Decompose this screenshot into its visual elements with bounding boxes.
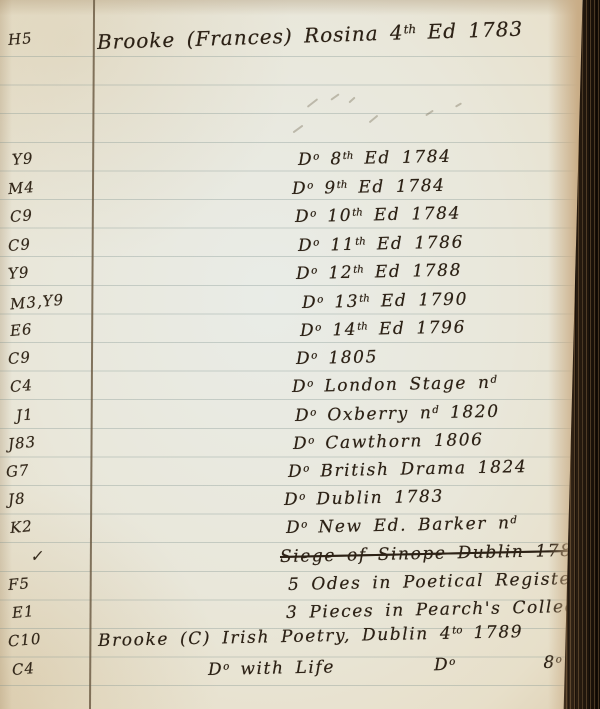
book-spread: H5Brooke (Frances) Rosina 4th Ed 1783Y9D… (0, 0, 600, 709)
catalogue-row: M3,Y9Do 13th Ed 1790 (0, 293, 600, 323)
ledger-page: H5Brooke (Frances) Rosina 4th Ed 1783Y9D… (0, 0, 600, 709)
shelf-mark: K2 (9, 517, 33, 537)
entry-text: Do 12th Ed 1788 (296, 261, 462, 284)
entry-text: Do 11th Ed 1786 (298, 233, 464, 256)
shelf-mark: H5 (7, 29, 33, 49)
shelf-mark: G7 (5, 461, 30, 481)
shelf-mark: J8 (7, 489, 26, 508)
entry-text: Do New Ed. Barker nd (286, 513, 517, 538)
entry-text: Brooke (Frances) Rosina 4th Ed 1783 (97, 17, 524, 54)
entry-text: Do 10th Ed 1784 (295, 204, 461, 227)
entry-text: Do 14th Ed 1796 (300, 318, 466, 341)
shelf-mark: J83 (7, 433, 37, 453)
shelf-mark: C4 (11, 659, 36, 679)
entry-text: Do 9th Ed 1784 (292, 176, 446, 199)
shelf-mark: E6 (9, 320, 33, 340)
shelf-mark: C10 (7, 630, 42, 651)
catalogue-row: C9Do 1805 (0, 349, 600, 379)
shelf-mark: C9 (9, 206, 34, 226)
shelf-mark: M4 (7, 178, 35, 198)
shelf-mark: M3,Y9 (9, 291, 64, 314)
entry-text: Do 1805 (296, 347, 378, 369)
shelf-mark: Y9 (7, 263, 30, 283)
shelf-mark: C4 (9, 376, 34, 396)
catalogue-row: C9Do 11th Ed 1786 (0, 236, 600, 266)
catalogue-row: Y9Do 8th Ed 1784 (0, 150, 600, 180)
entry-text: Do Oxberry nd 1820 (295, 402, 500, 426)
catalogue-row: C4Do London Stage nd (0, 377, 600, 407)
catalogue-row: G7Do British Drama 1824 (0, 462, 600, 492)
entry-text: Do 8th Ed 1784 (298, 147, 452, 170)
entry-text: Do London Stage nd (292, 373, 498, 397)
entry-text: Do Cawthorn 1806 (293, 430, 484, 454)
catalogue-row: C4Do with Life Do 8o 1816 (0, 660, 600, 690)
shelf-mark: C9 (7, 235, 32, 255)
shelf-mark: Y9 (11, 149, 34, 169)
catalogue-row: H5Brooke (Frances) Rosina 4th Ed 1783 (0, 30, 600, 60)
entry-text: Do British Drama 1824 (288, 457, 528, 482)
catalogue-row: M4Do 9th Ed 1784 (0, 179, 600, 209)
shelf-mark: F5 (7, 574, 30, 594)
entry-text: Do 13th Ed 1790 (302, 290, 468, 313)
catalogue-row: E6Do 14th Ed 1796 (0, 321, 600, 351)
shelf-mark: J1 (15, 405, 34, 424)
shelf-mark: ✓ (29, 546, 44, 565)
shelf-mark: C9 (7, 348, 32, 368)
shelf-mark: E1 (11, 602, 35, 622)
catalogue-row: Y9Do 12th Ed 1788 (0, 264, 600, 294)
entry-text: Do Dublin 1783 (284, 487, 444, 510)
catalogue-row: C9Do 10th Ed 1784 (0, 207, 600, 237)
catalogue-row: J1Do Oxberry nd 1820 (0, 406, 600, 436)
